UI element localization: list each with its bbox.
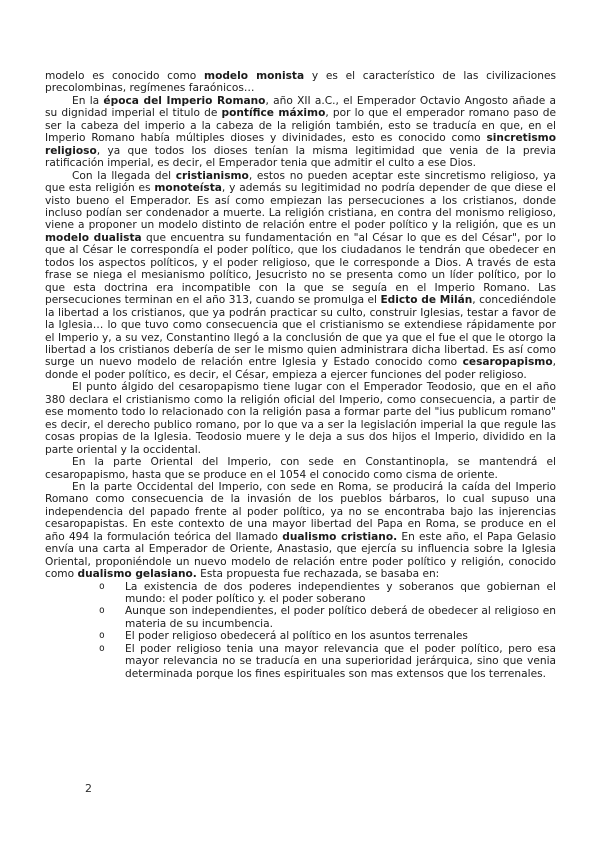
bullet-marker-icon: o (99, 605, 105, 617)
bullet-marker-icon: o (99, 581, 105, 593)
paragraph: modelo es conocido como modelo monista y… (45, 70, 556, 95)
paragraph: Con la llegada del cristianismo, estos n… (45, 170, 556, 382)
bullet-text: El poder religioso tenia una mayor relev… (125, 643, 556, 680)
bullet-text: Aunque son independientes, el poder polí… (125, 605, 556, 629)
document-body: modelo es conocido como modelo monista y… (45, 70, 556, 581)
paragraph: El punto álgido del cesaropapismo tiene … (45, 381, 556, 456)
bullet-item: oEl poder religioso tenia una mayor rele… (45, 643, 556, 680)
paragraph: En la parte Oriental del Imperio, con se… (45, 456, 556, 481)
document-page: modelo es conocido como modelo monista y… (0, 0, 599, 848)
bullet-list: oLa existencia de dos poderes independie… (45, 581, 556, 681)
bullet-marker-icon: o (99, 643, 105, 655)
paragraph: En la época del Imperio Romano, año XII … (45, 95, 556, 170)
document-text-block: modelo es conocido como modelo monista y… (45, 70, 556, 680)
bullet-text: El poder religioso obedecerá al político… (125, 630, 468, 642)
bullet-item: oAunque son independientes, el poder pol… (45, 605, 556, 630)
paragraph: En la parte Occidental del Imperio, con … (45, 481, 556, 581)
bullet-item: oEl poder religioso obedecerá al polític… (45, 630, 556, 642)
bullet-item: oLa existencia de dos poderes independie… (45, 581, 556, 606)
bullet-marker-icon: o (99, 630, 105, 642)
bullet-text: La existencia de dos poderes independien… (125, 581, 556, 605)
page-number: 2 (85, 782, 92, 795)
